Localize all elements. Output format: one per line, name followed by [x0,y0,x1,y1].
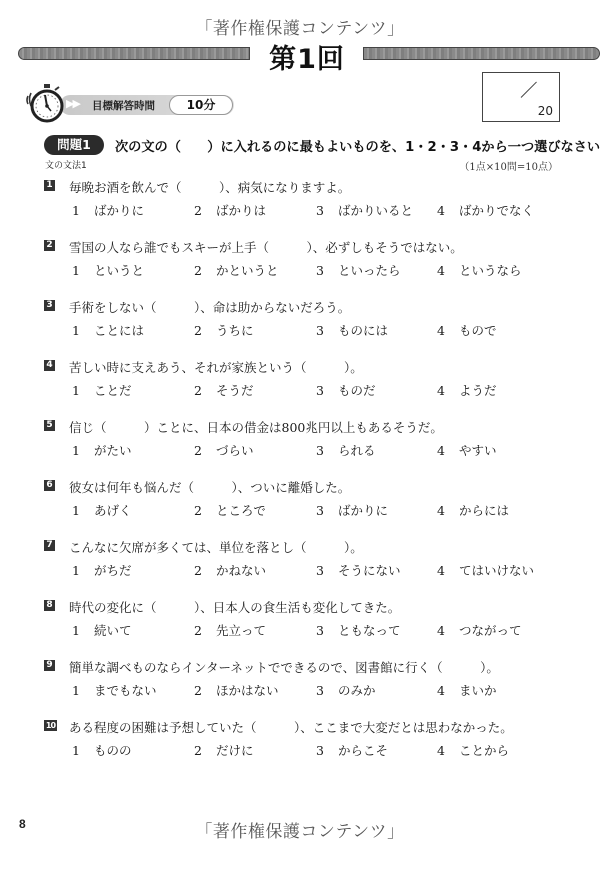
options: 1がちだ 2かねない 3そうにない 4てはいけない [72,561,572,579]
question-number: 8 [44,600,55,611]
option-2[interactable]: 2そうだ [194,381,254,399]
options: 1ことには 2うちに 3ものには 4もので [72,321,572,339]
title-band: 第1回 [18,41,600,65]
question-number: 3 [44,300,55,311]
arrows-icon: ▶▶ [66,97,79,110]
question-text: 手術をしない（ ）、命は助からないだろう。 [69,298,350,316]
question-text: 毎晩お酒を飲んで（ ）、病気になりますよ。 [69,178,350,196]
option-4[interactable]: 4からには [437,501,509,519]
question-number: 2 [44,240,55,251]
target-time-banner: ▶▶ 目標解答時間 10分 [24,82,224,124]
option-2[interactable]: 2ほかはない [194,681,279,699]
problem-subtitle: 文の文法1 [45,158,87,171]
option-4[interactable]: 4もので [437,321,497,339]
problem-header: 問題1 次の文の（ ）に入れるのに最もよいものを、1・2・3・4から一つ選びなさ… [44,135,564,157]
question-text: 彼女は何年も悩んだ（ ）、ついに離婚した。 [69,478,350,496]
option-2[interactable]: 2だけに [194,741,254,759]
copyright-watermark-bottom: 「著作権保護コンテンツ」 [0,817,600,842]
option-3[interactable]: 3ものには [316,321,388,339]
question-number: 10 [44,720,57,731]
option-1[interactable]: 1ものの [72,741,132,759]
option-2[interactable]: 2ところで [194,501,266,519]
option-2[interactable]: 2かねない [194,561,266,579]
target-time-value: 10分 [169,95,233,115]
stopwatch-icon [24,82,68,124]
option-1[interactable]: 1ことだ [72,381,132,399]
title-band-left-bar [18,47,250,60]
option-3[interactable]: 3からこそ [316,741,388,759]
options: 1ものの 2だけに 3からこそ 4ことから [72,741,572,759]
option-2[interactable]: 2ばかりは [194,201,266,219]
question-number: 7 [44,540,55,551]
option-3[interactable]: 3ものだ [316,381,376,399]
option-3[interactable]: 3ともなって [316,621,401,639]
option-1[interactable]: 1までもない [72,681,157,699]
option-2[interactable]: 2うちに [194,321,254,339]
option-1[interactable]: 1がたい [72,441,132,459]
options: 1続いて 2先立って 3ともなって 4つながって [72,621,572,639]
option-3[interactable]: 3ばかりいると [316,201,413,219]
option-4[interactable]: 4まいか [437,681,497,699]
option-3[interactable]: 3のみか [316,681,376,699]
option-1[interactable]: 1ことには [72,321,144,339]
problem-instruction: 次の文の（ ）に入れるのに最もよいものを、1・2・3・4から一つ選びなさい。 [115,136,600,155]
option-4[interactable]: 4つながって [437,621,522,639]
question-number: 5 [44,420,55,431]
option-3[interactable]: 3そうにない [316,561,401,579]
problem-points: （1点×10問=10点） [459,158,558,173]
options: 1までもない 2ほかはない 3のみか 4まいか [72,681,572,699]
score-slash [521,82,537,98]
option-4[interactable]: 4てはいけない [437,561,534,579]
question-text: 時代の変化に（ ）、日本人の食生活も変化してきた。 [69,598,400,616]
option-2[interactable]: 2かというと [194,261,279,279]
option-1[interactable]: 1がちだ [72,561,132,579]
option-3[interactable]: 3ばかりに [316,501,388,519]
score-total: 20 [538,104,553,118]
options: 1ばかりに 2ばかりは 3ばかりいると 4ばかりでなく [72,201,572,219]
question-text: ある程度の困難は予想していた（ ）、ここまで大変だとは思わなかった。 [69,718,513,736]
question-number: 1 [44,180,55,191]
target-time-label: 目標解答時間 [92,98,155,113]
options: 1ことだ 2そうだ 3ものだ 4ようだ [72,381,572,399]
option-4[interactable]: 4やすい [437,441,497,459]
option-4[interactable]: 4ようだ [437,381,497,399]
problem-badge: 問題1 [44,135,104,155]
page-title: 第1回 [254,37,360,76]
option-4[interactable]: 4ことから [437,741,509,759]
option-1[interactable]: 1続いて [72,621,132,639]
question-text: 苦しい時に支えあう、それが家族という（ ）。 [69,358,363,376]
option-2[interactable]: 2先立って [194,621,266,639]
option-1[interactable]: 1というと [72,261,144,279]
option-4[interactable]: 4というなら [437,261,522,279]
option-3[interactable]: 3られる [316,441,376,459]
score-box[interactable]: 20 [482,72,560,122]
title-band-right-bar [363,47,600,60]
options: 1あげく 2ところで 3ばかりに 4からには [72,501,572,519]
option-1[interactable]: 1ばかりに [72,201,144,219]
question-number: 6 [44,480,55,491]
option-2[interactable]: 2づらい [194,441,254,459]
question-text: 雪国の人なら誰でもスキーが上手（ ）、必ずしもそうではない。 [69,238,463,256]
option-4[interactable]: 4ばかりでなく [437,201,534,219]
question-text: 簡単な調べものならインターネットでできるので、図書館に行く（ ）。 [69,658,499,676]
option-3[interactable]: 3といったら [316,261,401,279]
question-text: こんなに欠席が多くては、単位を落とし（ ）。 [69,538,363,556]
options: 1がたい 2づらい 3られる 4やすい [72,441,572,459]
question-number: 9 [44,660,55,671]
question-text: 信じ（ ）ことに、日本の借金は800兆円以上もあるそうだ。 [69,418,443,436]
options: 1というと 2かというと 3といったら 4というなら [72,261,572,279]
question-number: 4 [44,360,55,371]
copyright-watermark-top: 「著作権保護コンテンツ」 [0,14,600,39]
option-1[interactable]: 1あげく [72,501,132,519]
